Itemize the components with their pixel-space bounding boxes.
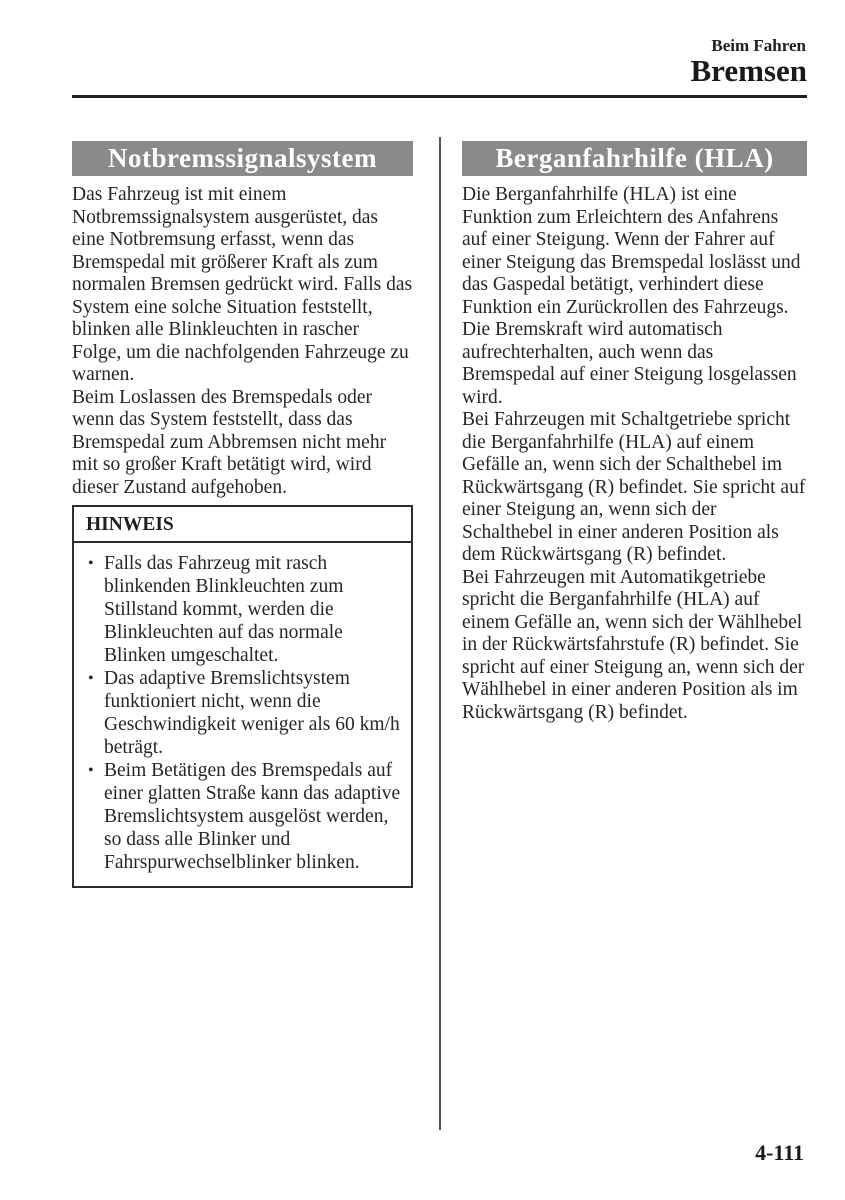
note-box-title: HINWEIS [74, 507, 411, 543]
section-title: Notbremssignalsystem [108, 143, 377, 173]
note-bullet: Das adaptive Bremslichtsystem funktionie… [84, 667, 405, 759]
header-rule [72, 95, 807, 98]
paragraph: Bei Fahrzeugen mit Schaltgetriebe sprich… [462, 409, 807, 567]
section-title-bar-notbremssignalsystem: Notbremssignalsystem [72, 141, 413, 176]
column-divider [439, 137, 441, 1130]
paragraph: Die Berganfahrhilfe (HLA) ist eine Funkt… [462, 184, 807, 409]
section-title-bar-berganfahrhilfe: Berganfahrhilfe (HLA) [462, 141, 807, 176]
right-column-body: Die Berganfahrhilfe (HLA) ist eine Funkt… [462, 184, 807, 724]
paragraph: Beim Loslassen des Bremspedals oder wenn… [72, 387, 413, 500]
left-column-body: Das Fahrzeug ist mit einem Notbremssigna… [72, 184, 413, 499]
paragraph: Bei Fahrzeugen mit Automatikgetriebe spr… [462, 567, 807, 725]
page-number: 4-111 [755, 1140, 804, 1166]
right-column: Berganfahrhilfe (HLA) Die Berganfahrhilf… [462, 141, 807, 724]
note-list: Falls das Fahrzeug mit rasch blinkenden … [74, 543, 411, 886]
section-title: Berganfahrhilfe (HLA) [495, 143, 773, 173]
note-bullet: Beim Betätigen des Bremspedals auf einer… [84, 759, 405, 874]
note-box: HINWEIS Falls das Fahrzeug mit rasch bli… [72, 505, 413, 888]
paragraph: Das Fahrzeug ist mit einem Notbremssigna… [72, 184, 413, 387]
note-bullet: Falls das Fahrzeug mit rasch blinkenden … [84, 552, 405, 667]
page-title: Bremsen [690, 53, 807, 89]
left-column: Notbremssignalsystem Das Fahrzeug ist mi… [72, 141, 413, 888]
